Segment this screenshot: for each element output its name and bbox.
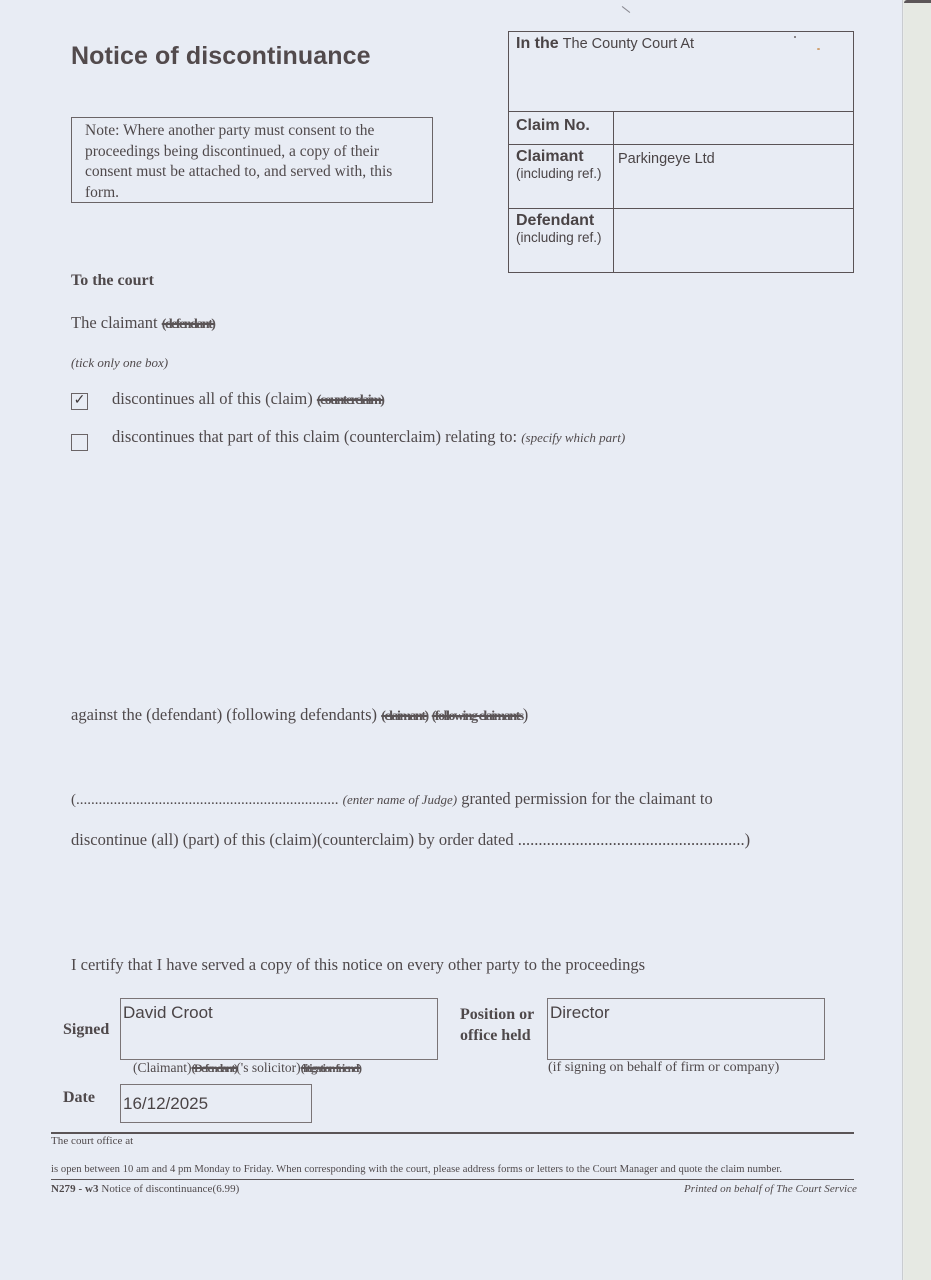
struck-through-following-claimants: (following claimants [432, 709, 523, 724]
defendant-field[interactable] [614, 209, 853, 272]
to-the-court-heading: To the court [71, 272, 154, 290]
position-label-line-2: office held [460, 1025, 534, 1046]
discontinue-all-checkbox[interactable]: ✓ [71, 393, 88, 410]
discontinue-part-checkbox[interactable] [71, 434, 88, 451]
claimant-row: Claimant (including ref.) Parkingeye Ltd [509, 145, 853, 209]
option-discontinue-all-text: discontinues all of this (claim) (counte… [112, 389, 383, 409]
form-reference: N279 - w3 Notice of discontinuance(6.99) [51, 1183, 239, 1195]
specify-part-area[interactable] [112, 455, 852, 685]
date-field[interactable]: 16/12/2025 [120, 1084, 312, 1123]
judge-permission-line-2: discontinue (all) (part) of this (claim)… [71, 830, 750, 850]
option-discontinue-all: ✓ [71, 391, 88, 410]
claimant-field[interactable]: Parkingeye Ltd [614, 145, 853, 208]
judge-line-1-suffix: granted permission for the claimant to [461, 789, 713, 808]
against-prefix: against the (defendant) (following defen… [71, 705, 377, 724]
signer-capacity-caption: (Claimant)(Defendant)('s solicitor)(liti… [133, 1060, 360, 1076]
defendant-label: Defendant [516, 212, 613, 230]
court-details-table: In the The County Court At Claim No. Cla… [508, 31, 854, 273]
claimant-label: Claimant [516, 148, 613, 166]
option-discontinue-part-text: discontinues that part of this claim (co… [112, 427, 625, 447]
claimant-sublabel: (including ref.) [516, 166, 613, 181]
certification-statement: I certify that I have served a copy of t… [71, 955, 645, 975]
caption-solicitor: ('s solicitor) [236, 1060, 300, 1075]
option-discontinue-part [71, 429, 88, 451]
in-the-label: In the [516, 35, 559, 52]
scan-speck [794, 36, 796, 38]
claim-no-label: Claim No. [516, 117, 590, 134]
page-edge-background [904, 0, 931, 1280]
position-label: Position or office held [460, 1004, 534, 1046]
printed-by: Printed on behalf of The Court Service [684, 1183, 857, 1195]
against-suffix: ) [523, 705, 529, 724]
footer-bottom-rule [51, 1179, 854, 1180]
caption-claimant: (Claimant) [133, 1060, 191, 1075]
form-title: Notice of discontinuance [71, 42, 371, 71]
struck-through-claimant: (claimant) [381, 709, 427, 724]
defendant-row: Defendant (including ref.) [509, 209, 853, 272]
struck-through-counterclaim: (counterclaim) [317, 393, 384, 408]
signed-label: Signed [63, 1021, 109, 1039]
struck-through-defendant-caption: (Defendant) [191, 1061, 236, 1075]
defendant-sublabel: (including ref.) [516, 230, 613, 245]
claim-no-field[interactable] [614, 112, 853, 144]
court-office-label: The court office at [51, 1135, 133, 1147]
struck-through-defendant: (defendant) [162, 317, 215, 332]
form-name: Notice of discontinuance(6.99) [101, 1183, 239, 1195]
consent-note: Note: Where another party must consent t… [71, 117, 433, 203]
claimant-statement: The claimant (defendant) [71, 313, 214, 333]
option-2-hint: (specify which part) [521, 430, 625, 445]
claim-no-row: Claim No. [509, 112, 853, 145]
in-the-row: In the The County Court At [509, 32, 853, 112]
date-label: Date [63, 1089, 95, 1107]
against-defendants-statement: against the (defendant) (following defen… [71, 705, 528, 725]
checkmark-icon: ✓ [74, 394, 86, 408]
judge-permission-line-1: (.......................................… [71, 789, 713, 809]
footer-top-rule [51, 1132, 854, 1134]
judge-name-hint: (enter name of Judge) [343, 792, 457, 807]
option-1-label: discontinues all of this (claim) [112, 389, 313, 408]
scan-speck [817, 48, 820, 50]
struck-through-litigation-friend: (litigation friend) [301, 1061, 361, 1075]
tick-instruction: (tick only one box) [71, 355, 168, 371]
signature-field[interactable]: David Croot [120, 998, 438, 1060]
position-label-line-1: Position or [460, 1004, 534, 1025]
opening-hours-text: is open between 10 am and 4 pm Monday to… [51, 1164, 782, 1175]
option-2-label: discontinues that part of this claim (co… [112, 427, 517, 446]
claimant-prefix: The claimant [71, 313, 158, 332]
form-code: N279 - w3 [51, 1183, 99, 1195]
position-caption: (if signing on behalf of firm or company… [548, 1060, 779, 1076]
court-name-field[interactable]: The County Court At [563, 36, 694, 52]
position-field[interactable]: Director [547, 998, 825, 1060]
judge-name-blank[interactable]: (.......................................… [71, 792, 339, 808]
